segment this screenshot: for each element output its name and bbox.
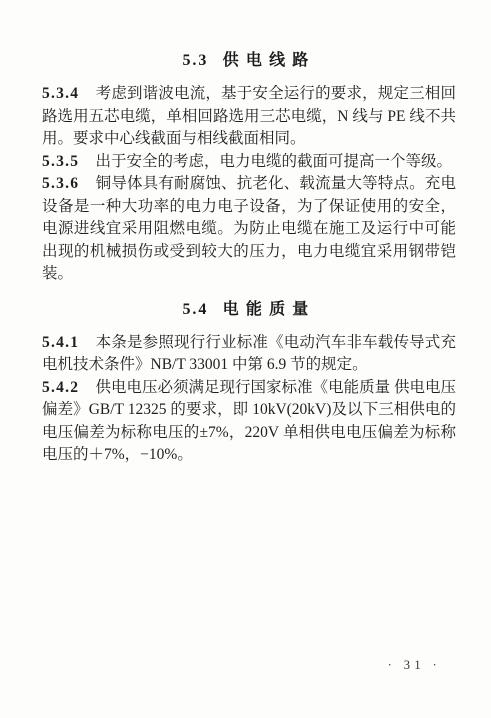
clause-5-4-1: 5.4.1本条是参照现行行业标准《电动汽车非车载传导式充电机技术条件》NB/T … (42, 332, 456, 377)
clause-number: 5.3.5 (42, 153, 79, 170)
clause-number: 5.4.2 (42, 379, 79, 396)
clause-5-3-6: 5.3.6铜导体具有耐腐蚀、抗老化、载流量大等特点。充电设备是一种大功率的电力电… (42, 173, 456, 286)
section-heading-5-4: 5.4电能质量 (42, 299, 456, 321)
clause-text: 铜导体具有耐腐蚀、抗老化、载流量大等特点。充电设备是一种大功率的电力电子设备，为… (42, 175, 456, 282)
section-heading-5-3: 5.3供电线路 (42, 50, 456, 72)
clause-text: 出于安全的考虑，电力电缆的截面可提高一个等级。 (95, 153, 452, 170)
clause-text: 考虑到谐波电流，基于安全运行的要求，规定三相回路选用五芯电缆，单相回路选用三芯电… (42, 85, 456, 147)
clause-5-4-2: 5.4.2供电电压必须满足现行国家标准《电能质量 供电电压偏差》GB/T 123… (42, 377, 456, 467)
clause-5-3-5: 5.3.5出于安全的考虑，电力电缆的截面可提高一个等级。 (42, 151, 456, 174)
section-number: 5.4 (183, 301, 209, 318)
clause-number: 5.3.4 (42, 85, 79, 102)
page-number: · 31 · (388, 658, 441, 673)
clause-number: 5.3.6 (42, 175, 79, 192)
clause-text: 本条是参照现行行业标准《电动汽车非车载传导式充电机技术条件》NB/T 33001… (42, 334, 456, 374)
clause-5-3-4: 5.3.4考虑到谐波电流，基于安全运行的要求，规定三相回路选用五芯电缆，单相回路… (42, 83, 456, 151)
clause-number: 5.4.1 (42, 334, 79, 351)
section-title: 电能质量 (223, 301, 316, 318)
clause-text: 供电电压必须满足现行国家标准《电能质量 供电电压偏差》GB/T 12325 的要… (42, 379, 456, 464)
document-page: 5.3供电线路 5.3.4考虑到谐波电流，基于安全运行的要求，规定三相回路选用五… (42, 50, 456, 467)
section-number: 5.3 (183, 52, 209, 69)
section-title: 供电线路 (223, 52, 316, 69)
